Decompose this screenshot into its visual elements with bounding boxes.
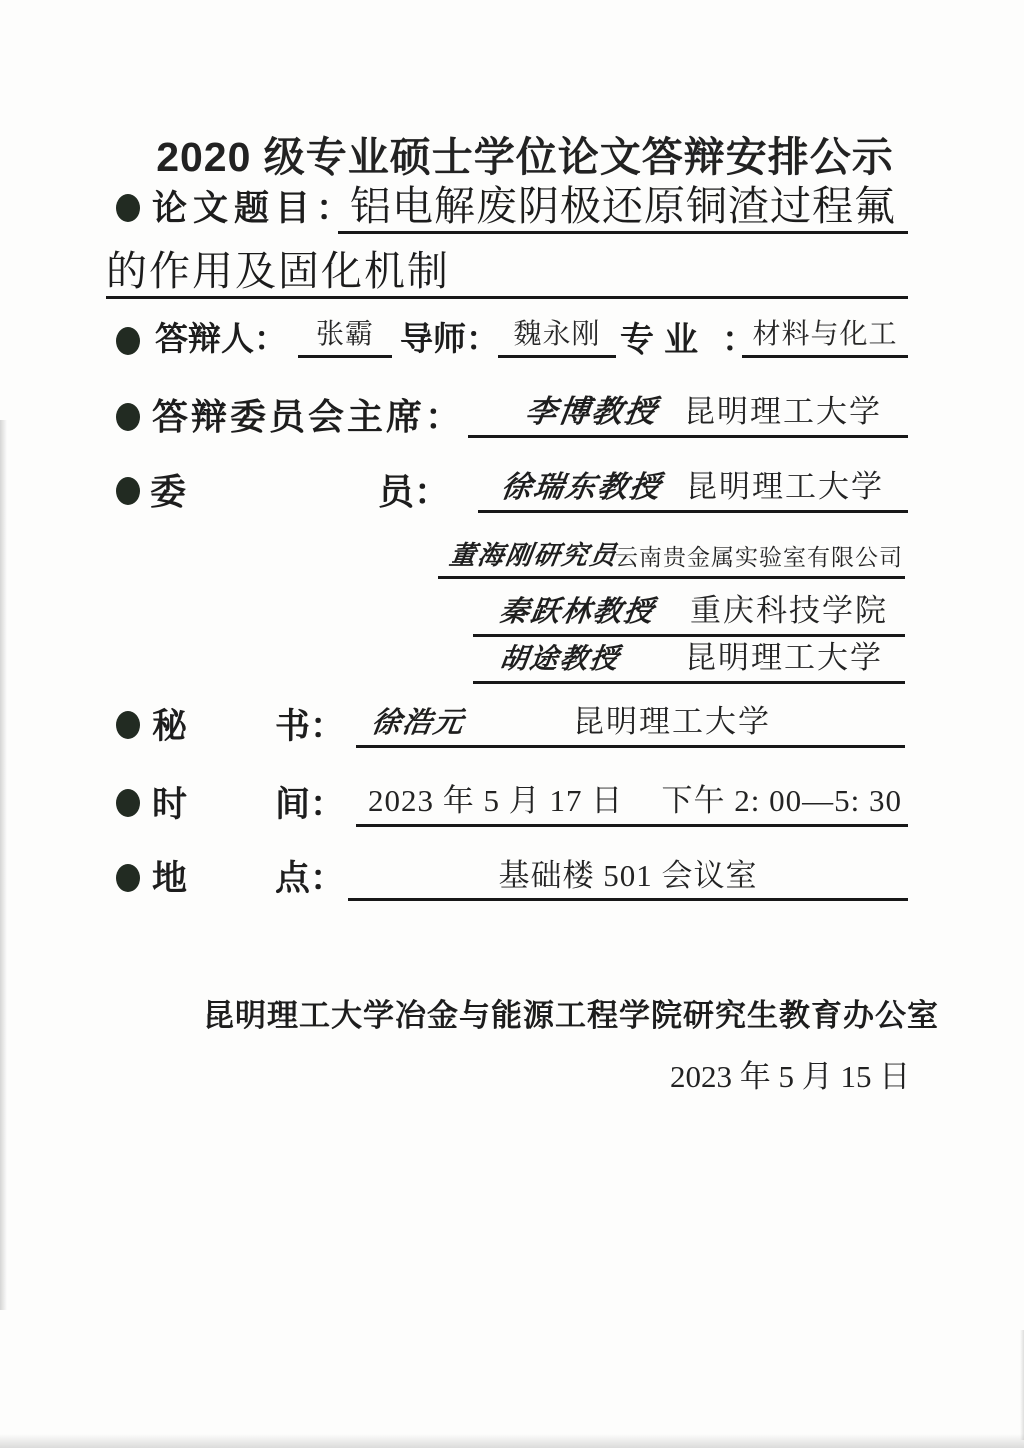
- advisor-name-field: 魏永刚: [498, 320, 616, 358]
- committee-member-3-affiliation: 重庆科技学院: [690, 585, 888, 630]
- scan-right-edge-shadow: [1020, 1330, 1024, 1440]
- thesis-title-line1-field: 铝电解废阴极还原铜渣过程氟: [338, 183, 908, 234]
- bullet-icon: [116, 477, 140, 505]
- bullet-icon: [116, 403, 140, 431]
- committee-member-2-field: 董海刚研究员 云南贵金属实验室有限公司: [438, 543, 905, 579]
- committee-member-2-affiliation: 云南贵金属实验室有限公司: [615, 539, 903, 572]
- committee-member-4-name: 胡途教授: [497, 637, 623, 677]
- secretary-label-left: 秘: [152, 708, 187, 747]
- committee-label-left: 委: [150, 473, 186, 513]
- footer-office: 昆明理工大学冶金与能源工程学院研究生教育办公室: [203, 990, 939, 1035]
- time-label-left: 时: [152, 786, 187, 825]
- place-label-right: 点：: [275, 860, 345, 899]
- scan-left-edge-shadow: [0, 420, 7, 1310]
- committee-member-3-name: 秦跃林教授: [497, 589, 658, 630]
- bullet-icon: [116, 864, 140, 892]
- time-value-field: 2023 年 5 月 17 日 下午 2: 00—5: 30: [356, 785, 908, 827]
- place-value-field: 基础楼 501 会议室: [348, 859, 908, 901]
- secretary-affiliation: 昆明理工大学: [573, 696, 771, 741]
- advisor-label: 导师：: [400, 322, 499, 358]
- place-label-left: 地: [152, 860, 187, 899]
- place-value: 基础楼 501 会议室: [499, 850, 758, 895]
- secretary-value-field: 徐浩元 昆明理工大学: [356, 707, 905, 748]
- committee-member-4-field: 胡途教授 昆明理工大学: [473, 648, 905, 684]
- time-range: 下午 2: 00—5: 30: [662, 775, 902, 820]
- bullet-icon: [116, 327, 140, 355]
- major-name-field: 材料与化工: [742, 320, 908, 358]
- chair-name: 李博教授: [523, 386, 661, 431]
- chair-label: 答辩委员会主席：: [152, 398, 464, 438]
- time-date: 2023 年 5 月 17 日: [368, 775, 623, 820]
- defender-label: 答辩人：: [155, 322, 287, 358]
- chair-value-field: 李博教授 昆明理工大学: [468, 397, 908, 438]
- page-title: 2020 级专业硕士学位论文答辩安排公示: [0, 124, 1024, 183]
- secretary-name: 徐浩元: [369, 700, 468, 741]
- defender-name-field: 张霸: [298, 320, 392, 358]
- thesis-title-line1: 铝电解废阴极还原铜渣过程氟: [350, 185, 896, 228]
- scanned-announcement-page: 2020 级专业硕士学位论文答辩安排公示 论文题目： 铝电解废阴极还原铜渣过程氟…: [0, 0, 1024, 1448]
- bullet-icon: [116, 711, 140, 739]
- committee-member-1-name: 徐瑞东教授: [499, 462, 665, 506]
- advisor-name: 魏永刚: [513, 312, 600, 352]
- committee-member-label: 委 员：: [150, 473, 450, 513]
- committee-member-1-field: 徐瑞东教授 昆明理工大学: [478, 472, 908, 513]
- committee-member-4-affiliation: 昆明理工大学: [685, 632, 883, 677]
- major-label: 专业: [620, 322, 708, 359]
- time-label: 时 间：: [152, 786, 345, 825]
- chair-affiliation: 昆明理工大学: [684, 386, 882, 431]
- thesis-title-line2: 的作用及固化机制: [106, 250, 450, 293]
- thesis-title-line2-field: 的作用及固化机制: [106, 250, 908, 299]
- committee-label-right: 员：: [378, 473, 450, 513]
- bullet-icon: [116, 194, 140, 222]
- time-label-right: 间：: [275, 786, 345, 825]
- bullet-icon: [116, 789, 140, 817]
- thesis-title-label: 论文题目：: [152, 190, 357, 229]
- scan-bottom-edge-shadow: [0, 1434, 1024, 1448]
- defender-name: 张霸: [316, 312, 374, 352]
- committee-member-1-affiliation: 昆明理工大学: [686, 461, 884, 506]
- secretary-label: 秘 书：: [152, 708, 345, 747]
- secretary-label-right: 书：: [275, 708, 345, 747]
- footer-date: 2023 年 5 月 15 日: [670, 1051, 910, 1096]
- place-label: 地 点：: [152, 860, 345, 899]
- committee-member-2-name: 董海刚研究员: [447, 535, 620, 572]
- major-name: 材料与化工: [752, 312, 897, 352]
